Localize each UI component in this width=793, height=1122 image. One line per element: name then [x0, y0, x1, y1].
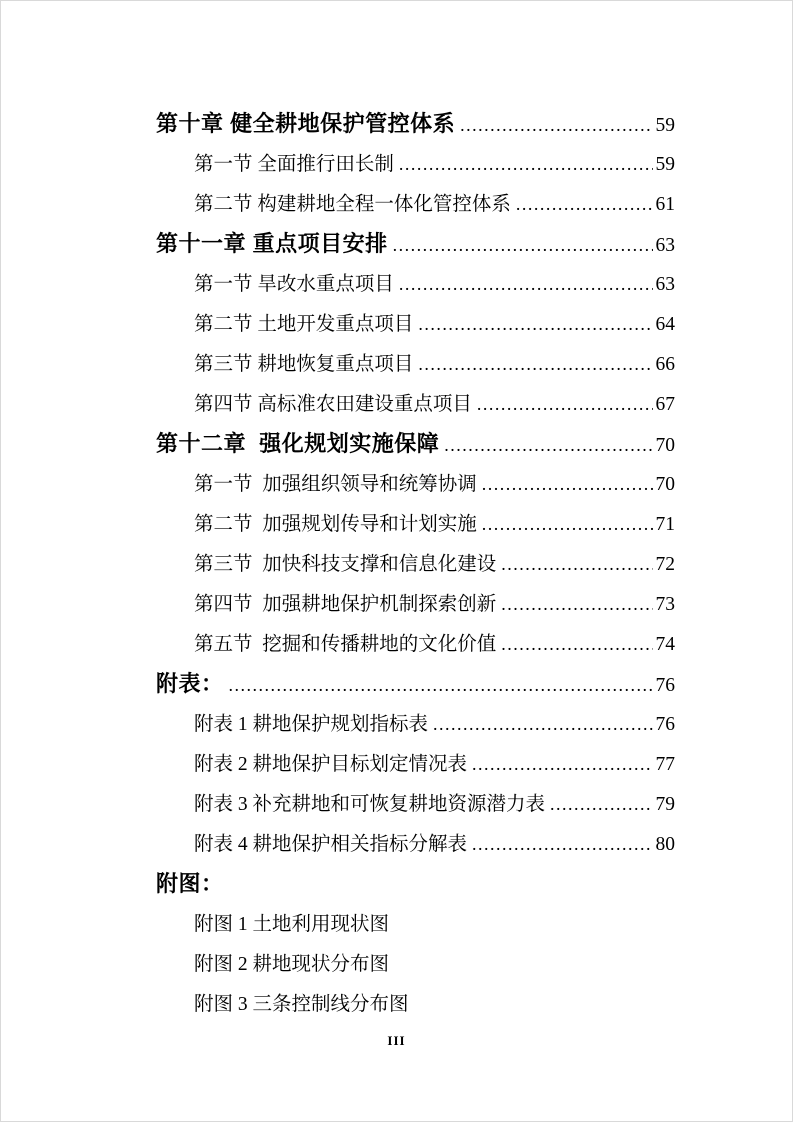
toc-entry-page: 74 — [656, 625, 676, 665]
toc-chapter-entry: 第十一章 重点项目安排 63 — [156, 224, 675, 264]
toc-entry-label: 第十一章 重点项目安排 — [156, 224, 388, 264]
toc-entry-page: 76 — [656, 705, 676, 745]
toc-section-entry: 第四节 高标准农田建设重点项目 67 — [156, 384, 675, 424]
toc-entry-page: 67 — [656, 385, 676, 425]
toc-entry-label: 第十章 健全耕地保护管控体系 — [156, 104, 455, 144]
toc-section-entry: 附图 2 耕地现状分布图 — [156, 944, 675, 984]
toc-section-entry: 附表 1 耕地保护规划指标表 76 — [156, 704, 675, 744]
toc-dot-leader — [418, 304, 652, 344]
toc-entry-label: 附表： — [156, 664, 224, 704]
toc-dot-leader — [516, 184, 653, 224]
toc-entry-page: 80 — [656, 825, 676, 865]
toc-entry-label: 第三节 加快科技支撑和信息化建设 — [194, 545, 496, 585]
toc-entry-page: 77 — [656, 745, 676, 785]
page-number-footer: III — [1, 1033, 792, 1049]
toc-entry-label: 附图 3 三条控制线分布图 — [194, 985, 409, 1025]
toc-entry-page: 71 — [656, 505, 676, 545]
toc-dot-leader — [501, 624, 652, 664]
toc-section-entry: 第五节 挖掘和传播耕地的文化价值 74 — [156, 624, 675, 664]
toc-dot-leader — [399, 264, 653, 304]
toc-dot-leader — [393, 225, 653, 265]
toc-dot-leader — [482, 504, 653, 544]
toc-entry-page: 70 — [656, 426, 676, 466]
toc-entry-label: 第二节 构建耕地全程一体化管控体系 — [194, 185, 511, 225]
toc-entry-page: 63 — [656, 265, 676, 305]
toc-entry-page: 66 — [656, 345, 676, 385]
toc-section-entry: 第二节 土地开发重点项目 64 — [156, 304, 675, 344]
toc-section-entry: 附图 1 土地利用现状图 — [156, 904, 675, 944]
toc-dot-leader — [444, 425, 652, 465]
toc-entry-label: 第一节 加强组织领导和统筹协调 — [194, 465, 477, 505]
toc-section-entry: 附表 3 补充耕地和可恢复耕地资源潜力表 79 — [156, 784, 675, 824]
toc-section-entry: 第一节 全面推行田长制 59 — [156, 144, 675, 184]
toc-dot-leader — [460, 105, 652, 145]
toc-dot-leader — [482, 464, 653, 504]
toc-chapter-entry: 第十章 健全耕地保护管控体系 59 — [156, 104, 675, 144]
toc-section-entry: 第一节 加强组织领导和统筹协调 70 — [156, 464, 675, 504]
toc-dot-leader — [399, 144, 653, 184]
toc-section-entry: 第二节 构建耕地全程一体化管控体系 61 — [156, 184, 675, 224]
document-page: 第十章 健全耕地保护管控体系 59 第一节 全面推行田长制 59 第二节 构建耕… — [0, 0, 793, 1122]
toc-entry-label: 附图 2 耕地现状分布图 — [194, 945, 389, 985]
toc-entry-page: 79 — [656, 785, 676, 825]
toc-entry-page: 63 — [656, 226, 676, 266]
toc-entry-label: 附表 3 补充耕地和可恢复耕地资源潜力表 — [194, 785, 545, 825]
toc-entry-label: 第四节 加强耕地保护机制探索创新 — [194, 585, 496, 625]
toc-entry-page: 59 — [656, 106, 676, 146]
toc-entry-page: 64 — [656, 305, 676, 345]
toc-entry-label: 第三节 耕地恢复重点项目 — [194, 345, 413, 385]
toc-entry-label: 第二节 加强规划传导和计划实施 — [194, 505, 477, 545]
toc-entry-label: 附表 1 耕地保护规划指标表 — [194, 705, 428, 745]
toc-entry-label: 附表 4 耕地保护相关指标分解表 — [194, 825, 467, 865]
toc-entry-label: 第一节 全面推行田长制 — [194, 145, 394, 185]
toc-section-entry: 第三节 耕地恢复重点项目 66 — [156, 344, 675, 384]
toc-entry-label: 附表 2 耕地保护目标划定情况表 — [194, 745, 467, 785]
toc-dot-leader — [229, 665, 653, 705]
toc-dot-leader — [418, 344, 652, 384]
toc-section-entry: 第三节 加快科技支撑和信息化建设 72 — [156, 544, 675, 584]
toc-entry-page: 59 — [656, 145, 676, 185]
toc-entry-label: 第五节 挖掘和传播耕地的文化价值 — [194, 625, 496, 665]
toc-chapter-entry: 附图： — [156, 864, 675, 904]
toc-entry-page: 70 — [656, 465, 676, 505]
toc-dot-leader — [477, 384, 653, 424]
toc-entry-page: 73 — [656, 585, 676, 625]
toc-entry-page: 72 — [656, 545, 676, 585]
toc-dot-leader — [472, 824, 652, 864]
toc-section-entry: 第二节 加强规划传导和计划实施 71 — [156, 504, 675, 544]
toc-entry-label: 第二节 土地开发重点项目 — [194, 305, 413, 345]
toc-entry-label: 附图 1 土地利用现状图 — [194, 905, 389, 945]
toc-entry-label: 附图： — [156, 864, 224, 904]
toc-dot-leader — [472, 744, 652, 784]
toc-section-entry: 附图 3 三条控制线分布图 — [156, 984, 675, 1024]
toc-dot-leader — [501, 544, 652, 584]
toc-dot-leader — [550, 784, 652, 824]
toc-entry-label: 第一节 旱改水重点项目 — [194, 265, 394, 305]
toc-dot-leader — [433, 704, 652, 744]
toc-dot-leader — [501, 584, 652, 624]
toc-section-entry: 第一节 旱改水重点项目 63 — [156, 264, 675, 304]
toc-entry-page: 61 — [656, 185, 676, 225]
toc-entry-label: 第十二章 强化规划实施保障 — [156, 424, 439, 464]
toc-section-entry: 附表 4 耕地保护相关指标分解表 80 — [156, 824, 675, 864]
toc-chapter-entry: 第十二章 强化规划实施保障 70 — [156, 424, 675, 464]
toc-section-entry: 第四节 加强耕地保护机制探索创新 73 — [156, 584, 675, 624]
toc-chapter-entry: 附表： 76 — [156, 664, 675, 704]
toc-entry-label: 第四节 高标准农田建设重点项目 — [194, 385, 472, 425]
toc-section-entry: 附表 2 耕地保护目标划定情况表 77 — [156, 744, 675, 784]
toc-entry-page: 76 — [656, 666, 676, 706]
